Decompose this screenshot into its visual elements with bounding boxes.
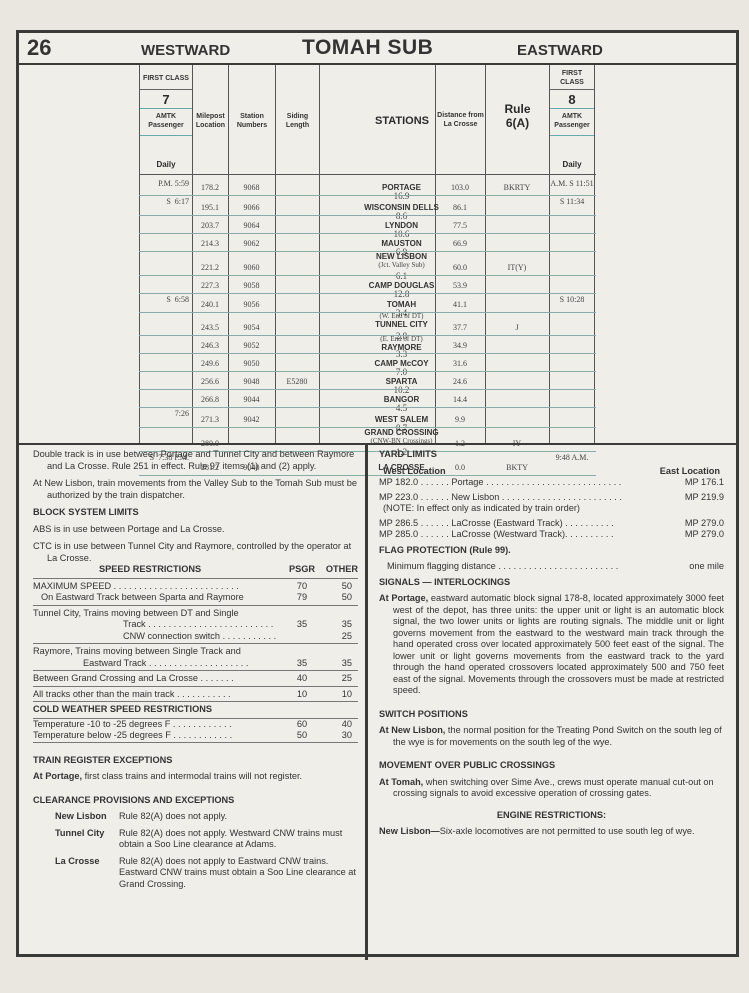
yard-west-location: MP 286.5 . . . . . . LaCrosse (Eastward … xyxy=(379,518,664,530)
yard-limits-heading: YARD LIMITS xyxy=(379,449,724,461)
speed-restrictions-header: SPEED RESTRICTIONS PSGR OTHER xyxy=(33,564,358,576)
speed-row: MAXIMUM SPEED . . . . . . . . . . . . . … xyxy=(33,581,358,593)
yard-limit-row: MP 223.0 . . . . . . New Lisbon . . . . … xyxy=(379,492,724,504)
distance-to-next: 6.1 xyxy=(319,271,484,281)
rule-code: J xyxy=(485,323,549,332)
psgr-value: 79 xyxy=(286,592,318,604)
speed-desc: Raymore, Trains moving between Single Tr… xyxy=(33,646,286,658)
flag-protection-heading: FLAG PROTECTION (Rule 99). xyxy=(379,545,724,557)
yard-limit-row: MP 182.0 . . . . . . Portage . . . . . .… xyxy=(379,477,724,489)
row-divider xyxy=(139,407,596,408)
station-number: 9042 xyxy=(228,415,275,424)
distance-header: Distance from La Crosse xyxy=(436,105,485,135)
yard-west-location: MP 182.0 . . . . . . Portage . . . . . .… xyxy=(379,477,664,489)
distance-value: 34.9 xyxy=(435,341,485,350)
speed-desc: Between Grand Crossing and La Crosse . .… xyxy=(33,673,286,685)
psgr-value: 60 xyxy=(286,719,318,731)
distance-to-next: 8.6 xyxy=(319,211,484,221)
other-value: 50 xyxy=(318,592,358,604)
abs-note: ABS is in use between Portage and La Cro… xyxy=(33,524,358,536)
west-location-header: West Location xyxy=(383,466,660,478)
psgr-value xyxy=(286,646,318,658)
speed-group: Raymore, Trains moving between Single Tr… xyxy=(33,643,358,670)
distance-value: 66.9 xyxy=(435,239,485,248)
signals-text: eastward automatic block signal 178-8, l… xyxy=(393,593,724,695)
milepost-value: 243.5 xyxy=(192,323,228,332)
row-divider xyxy=(139,371,596,372)
switch-positions-heading: SWITCH POSITIONS xyxy=(379,709,724,721)
double-track-note: Double track is in use between Portage a… xyxy=(33,449,358,472)
signals-lead: At Portage, xyxy=(379,593,428,603)
distance-value: 14.4 xyxy=(435,395,485,404)
east-time: A.M. S 11:51 xyxy=(549,179,595,188)
milepost-value: 249.6 xyxy=(192,359,228,368)
page-title: TOMAH SUB xyxy=(302,36,433,60)
clearance-text: Rule 82(A) does not apply to Eastward CN… xyxy=(119,856,358,891)
speed-group: MAXIMUM SPEED . . . . . . . . . . . . . … xyxy=(33,578,358,605)
distance-to-next: 10.6 xyxy=(319,229,484,239)
other-value: 35 xyxy=(318,619,358,631)
station-number: 9044 xyxy=(228,395,275,404)
title-bar: 26 WESTWARD TOMAH SUB EASTWARD xyxy=(19,33,736,65)
distance-to-next: 10.2 xyxy=(319,385,484,395)
speed-row: On Eastward Track between Sparta and Ray… xyxy=(33,592,358,604)
station-number: 9066 xyxy=(228,203,275,212)
station-number: 9062 xyxy=(228,239,275,248)
column-divider xyxy=(365,443,368,960)
distance-value: 41.1 xyxy=(435,300,485,309)
station-note: (W. End of DT) xyxy=(319,312,484,320)
east-time: S 11:34 xyxy=(549,197,595,206)
speed-desc: Track . . . . . . . . . . . . . . . . . … xyxy=(33,619,286,631)
right-column: YARD LIMITS West LocationEast Location M… xyxy=(379,449,724,844)
speed-row: CNW connection switch . . . . . . . . . … xyxy=(33,631,358,643)
station-number: 9054 xyxy=(228,323,275,332)
new-lisbon-note: At New Lisbon, train movements from the … xyxy=(33,478,358,501)
col-siding: Siding Length xyxy=(275,65,319,445)
clearance-location: New Lisbon xyxy=(33,811,119,823)
col-eastward-train: FIRST CLASS 8 AMTK Passenger Daily xyxy=(549,65,595,445)
speed-group: Tunnel City, Trains moving between DT an… xyxy=(33,605,358,644)
station-number: 9050 xyxy=(228,359,275,368)
yard-limits-table: MP 182.0 . . . . . . Portage . . . . . .… xyxy=(379,477,724,541)
station-number: 9048 xyxy=(228,377,275,386)
psgr-value: 35 xyxy=(286,619,318,631)
speed-desc: Eastward Track . . . . . . . . . . . . .… xyxy=(33,658,286,670)
distance-value: 53.9 xyxy=(435,281,485,290)
milepost-value: 227.3 xyxy=(192,281,228,290)
yard-west-location: MP 223.0 . . . . . . New Lisbon . . . . … xyxy=(379,492,664,504)
distance-to-next: 4.5 xyxy=(319,403,484,413)
timetable: FIRST CLASS 7 AMTK Passenger Daily Milep… xyxy=(19,65,736,445)
milepost-value: 203.7 xyxy=(192,221,228,230)
distance-value: 60.0 xyxy=(435,263,485,272)
other-header: OTHER xyxy=(318,564,358,576)
signals-heading: SIGNALS — INTERLOCKINGS xyxy=(379,577,724,589)
station-number: 9068 xyxy=(228,183,275,192)
col-rule: Rule 6(A) xyxy=(485,65,549,445)
speed-group: All tracks other than the main track . .… xyxy=(33,686,358,702)
psgr-value: 50 xyxy=(286,730,318,742)
speed-desc: CNW connection switch . . . . . . . . . … xyxy=(33,631,286,643)
milepost-value: 178.2 xyxy=(192,183,228,192)
speed-desc: Tunnel City, Trains moving between DT an… xyxy=(33,608,286,620)
rule-code: IT(Y) xyxy=(485,263,549,272)
milepost-value: 221.2 xyxy=(192,263,228,272)
other-value xyxy=(318,646,358,658)
speed-row: All tracks other than the main track . .… xyxy=(33,689,358,701)
speed-row: Between Grand Crossing and La Crosse . .… xyxy=(33,673,358,685)
distance-value: 86.1 xyxy=(435,203,485,212)
eastward-label: EASTWARD xyxy=(517,42,603,59)
speed-desc: On Eastward Track between Sparta and Ray… xyxy=(33,592,286,604)
row-divider xyxy=(139,233,596,234)
flag-distance-label: Minimum flagging distance . . . . . . . … xyxy=(387,561,664,573)
distance-value: 77.5 xyxy=(435,221,485,230)
milepost-value: 195.1 xyxy=(192,203,228,212)
distance-to-next: 12.8 xyxy=(319,289,484,299)
west-time: S 6:58 xyxy=(143,295,189,304)
timetable-page: 26 WESTWARD TOMAH SUB EASTWARD FIRST CLA… xyxy=(16,30,739,957)
clearance-text: Rule 82(A) does not apply. xyxy=(119,811,358,823)
speed-row: Tunnel City, Trains moving between DT an… xyxy=(33,608,358,620)
other-value: 50 xyxy=(318,581,358,593)
yard-note: (NOTE: In effect only as indicated by tr… xyxy=(379,503,724,515)
psgr-value: 35 xyxy=(286,658,318,670)
col-westward-train: FIRST CLASS 7 AMTK Passenger Daily xyxy=(139,65,192,445)
left-column: Double track is in use between Portage a… xyxy=(33,449,358,895)
other-value: 25 xyxy=(318,673,358,685)
cold-row: Temperature -10 to -25 degrees F . . . .… xyxy=(33,719,358,731)
west-time: S 6:17 xyxy=(143,197,189,206)
other-value: 10 xyxy=(318,689,358,701)
switch-lead: At New Lisbon, xyxy=(379,725,445,735)
milepost-value: 266.8 xyxy=(192,395,228,404)
other-value: 35 xyxy=(318,658,358,670)
speed-row: Track . . . . . . . . . . . . . . . . . … xyxy=(33,619,358,631)
psgr-value xyxy=(286,631,318,643)
milepost-header: Milepost Location xyxy=(193,110,228,132)
row-divider xyxy=(139,215,596,216)
yard-east-location: MP 279.0 xyxy=(664,518,724,530)
distance-to-next: 7.0 xyxy=(319,367,484,377)
row-divider xyxy=(139,275,596,276)
west-class: FIRST CLASS xyxy=(140,67,192,89)
row-divider xyxy=(139,353,596,354)
yard-east-location: MP 279.0 xyxy=(664,529,724,541)
distance-value: 9.9 xyxy=(435,415,485,424)
clearance-heading: CLEARANCE PROVISIONS AND EXCEPTIONS xyxy=(33,795,358,807)
speed-row: Raymore, Trains moving between Single Tr… xyxy=(33,646,358,658)
east-train-type: AMTK Passenger xyxy=(550,110,594,132)
distance-value: 103.0 xyxy=(435,183,485,192)
westward-label: WESTWARD xyxy=(141,42,230,59)
station-numbers-header: Station Numbers xyxy=(229,110,275,132)
milepost-value: 240.1 xyxy=(192,300,228,309)
register-lead: At Portage, xyxy=(33,771,82,781)
clearance-row: Tunnel CityRule 82(A) does not apply. We… xyxy=(33,828,358,851)
milepost-value: 256.6 xyxy=(192,377,228,386)
distance-to-next: 16.9 xyxy=(319,191,484,201)
clearance-table: New LisbonRule 82(A) does not apply.Tunn… xyxy=(33,811,358,890)
col-station-numbers: Station Numbers xyxy=(228,65,275,445)
clearance-text: Rule 82(A) does not apply. Westward CNW … xyxy=(119,828,358,851)
distance-to-next: 3.3 xyxy=(319,349,484,359)
register-text: first class trains and intermodal trains… xyxy=(82,771,302,781)
yard-west-location: MP 285.0 . . . . . . LaCrosse (Westward … xyxy=(379,529,664,541)
cold-desc: Temperature below -25 degrees F . . . . … xyxy=(33,730,286,742)
speed-restrictions-heading: SPEED RESTRICTIONS xyxy=(33,564,286,576)
engine-lead: New Lisbon— xyxy=(379,826,440,836)
flag-distance-value: one mile xyxy=(664,561,724,573)
distance-value: 37.7 xyxy=(435,323,485,332)
psgr-value: 10 xyxy=(286,689,318,701)
row-divider xyxy=(139,389,596,390)
psgr-value xyxy=(286,608,318,620)
west-train-type: AMTK Passenger xyxy=(140,110,192,132)
psgr-header: PSGR xyxy=(286,564,318,576)
train-register-heading: TRAIN REGISTER EXCEPTIONS xyxy=(33,755,358,767)
rule-code: BKRTY xyxy=(485,183,549,192)
station-number: 9052 xyxy=(228,341,275,350)
clearance-location: Tunnel City xyxy=(33,828,119,851)
siding-length: E5280 xyxy=(275,377,319,386)
block-system-heading: BLOCK SYSTEM LIMITS xyxy=(33,507,358,519)
yard-east-location: MP 176.1 xyxy=(664,477,724,489)
west-time: P.M. 5:59 xyxy=(143,179,189,188)
speed-desc: MAXIMUM SPEED . . . . . . . . . . . . . … xyxy=(33,581,286,593)
page-number: 26 xyxy=(27,35,51,61)
milepost-value: 246.3 xyxy=(192,341,228,350)
yard-limit-row: MP 286.5 . . . . . . LaCrosse (Eastward … xyxy=(379,518,724,530)
speed-desc: All tracks other than the main track . .… xyxy=(33,689,286,701)
row-divider xyxy=(139,195,596,196)
station-name: NEW LISBON xyxy=(319,252,484,261)
crossings-lead: At Tomah, xyxy=(379,777,423,787)
section-divider xyxy=(19,443,736,445)
speed-group: Between Grand Crossing and La Crosse . .… xyxy=(33,670,358,686)
distance-value: 31.6 xyxy=(435,359,485,368)
milepost-value: 271.3 xyxy=(192,415,228,424)
other-value: 40 xyxy=(318,719,358,731)
row-divider xyxy=(139,293,596,294)
cold-weather-heading: COLD WEATHER SPEED RESTRICTIONS xyxy=(33,701,358,716)
cold-row: Temperature below -25 degrees F . . . . … xyxy=(33,730,358,742)
other-value xyxy=(318,608,358,620)
east-daily: Daily xyxy=(550,157,594,171)
west-daily: Daily xyxy=(140,157,192,171)
other-value: 30 xyxy=(318,730,358,742)
station-number: 9060 xyxy=(228,263,275,272)
station-number: 9056 xyxy=(228,300,275,309)
other-value: 25 xyxy=(318,631,358,643)
east-train-number: 8 xyxy=(550,91,594,107)
speed-table: MAXIMUM SPEED . . . . . . . . . . . . . … xyxy=(33,578,358,702)
east-class: FIRST CLASS xyxy=(550,67,594,89)
engine-text: Six-axle locomotives are not permitted t… xyxy=(440,826,695,836)
east-location-header: East Location xyxy=(660,466,720,478)
public-crossings-heading: MOVEMENT OVER PUBLIC CROSSINGS xyxy=(379,760,724,772)
yard-limit-row: MP 285.0 . . . . . . LaCrosse (Westward … xyxy=(379,529,724,541)
station-number: 9064 xyxy=(228,221,275,230)
ctc-note: CTC is in use between Tunnel City and Ra… xyxy=(33,541,358,564)
clearance-row: New LisbonRule 82(A) does not apply. xyxy=(33,811,358,823)
rule-header: Rule 6(A) xyxy=(486,101,549,131)
clearance-row: La CrosseRule 82(A) does not apply to Ea… xyxy=(33,856,358,891)
crossings-text: when switching over Sime Ave., crews mus… xyxy=(393,777,714,799)
cold-desc: Temperature -10 to -25 degrees F . . . .… xyxy=(33,719,286,731)
psgr-value: 70 xyxy=(286,581,318,593)
milepost-value: 214.3 xyxy=(192,239,228,248)
siding-header: Siding Length xyxy=(276,110,319,132)
west-train-number: 7 xyxy=(140,91,192,107)
east-time: S 10:28 xyxy=(549,295,595,304)
yard-east-location: MP 219.9 xyxy=(664,492,724,504)
col-milepost: Milepost Location xyxy=(192,65,228,445)
station-name: GRAND CROSSING xyxy=(319,428,484,437)
west-time: 7:26 xyxy=(143,409,189,418)
cold-weather-table: Temperature -10 to -25 degrees F . . . .… xyxy=(33,718,358,742)
distance-value: 24.6 xyxy=(435,377,485,386)
clearance-location: La Crosse xyxy=(33,856,119,891)
station-number: 9058 xyxy=(228,281,275,290)
engine-restrictions-heading: ENGINE RESTRICTIONS: xyxy=(379,810,724,822)
speed-row: Eastward Track . . . . . . . . . . . . .… xyxy=(33,658,358,670)
psgr-value: 40 xyxy=(286,673,318,685)
